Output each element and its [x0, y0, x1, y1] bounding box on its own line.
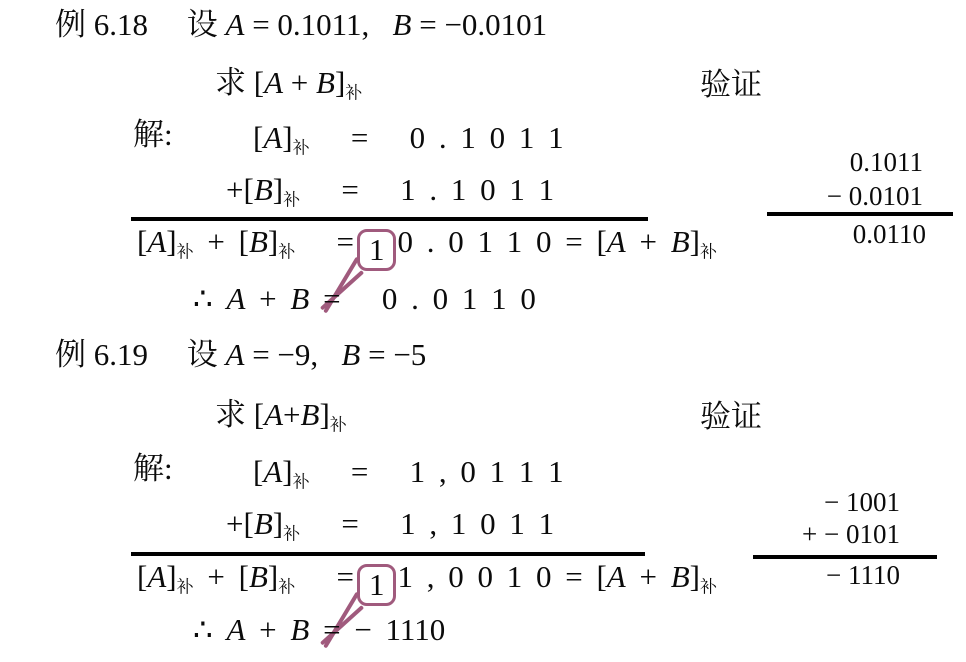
text-fragment: ]	[282, 454, 292, 489]
example-6-19-row-b-complement: +[B]补 = 1 , 1 0 1 1	[226, 505, 554, 553]
text-fragment: 例 6.18 设	[55, 7, 226, 42]
example-6-19-verify-addend1: − 1001	[824, 487, 900, 517]
text-fragment: +	[626, 559, 671, 594]
text-fragment: +	[245, 281, 290, 316]
text-fragment: ∴	[193, 612, 226, 647]
math-variable: B	[254, 172, 273, 207]
math-variable: B	[341, 337, 360, 372]
complement-subscript: 补	[283, 190, 300, 209]
example-6-19-verify-addend2: + − 0101	[802, 519, 900, 549]
text-fragment: [	[253, 120, 263, 155]
text-fragment: ]	[268, 559, 278, 594]
math-variable: B	[316, 65, 335, 100]
example-6-19-goal: 求 [A+B]补	[215, 396, 347, 444]
text-fragment: +	[245, 612, 290, 647]
text-fragment: 0 . 0 1 1 0 = [	[397, 224, 606, 259]
text-fragment: ]	[268, 224, 278, 259]
example-6-18-sum-row: [A]补 + [B]补 =10 . 0 1 1 0 = [A + B]补	[137, 223, 717, 271]
text-fragment: = −9,	[244, 337, 341, 372]
text-fragment: +[	[226, 506, 254, 541]
example-6-19-sum-row: [A]补 + [B]补 =11 , 0 0 1 0 = [A + B]补	[137, 558, 717, 606]
example-6-18-sum-rule	[131, 217, 648, 221]
text-fragment: ]	[273, 172, 283, 207]
complement-subscript: 补	[177, 577, 194, 596]
text-fragment: +	[283, 65, 316, 100]
math-variable: B	[254, 506, 273, 541]
text-fragment: ]	[166, 224, 176, 259]
math-variable: B	[301, 397, 320, 432]
text-fragment: 求 [	[215, 397, 264, 432]
example-6-19-sum-rule	[131, 552, 645, 556]
example-6-19-row-a-complement: [A]补 = 1 , 0 1 1 1	[253, 453, 564, 501]
text-fragment: + [	[194, 559, 249, 594]
example-6-19-solve-label: 解:	[133, 450, 173, 488]
text-fragment: = − 1110	[309, 612, 445, 647]
text-fragment: =	[295, 559, 354, 594]
text-fragment: = 0 . 1 0 1 1	[310, 120, 564, 155]
math-variable: A	[607, 224, 626, 259]
example-6-18-verify-minuend: 0.1011	[850, 147, 923, 177]
text-fragment: = −5	[360, 337, 426, 372]
example-6-19-verify-rule	[753, 555, 937, 559]
text-fragment: [	[137, 224, 147, 259]
text-fragment: [	[253, 454, 263, 489]
text-fragment: ]	[335, 65, 345, 100]
carry-bit-callout-box: 1	[357, 564, 397, 606]
complement-subscript: 补	[293, 472, 310, 491]
example-6-18-verify-result: 0.0110	[853, 219, 926, 249]
text-fragment: = 0 . 0 1 1 0	[309, 281, 535, 316]
math-variable: A	[263, 120, 282, 155]
math-variable: B	[393, 7, 412, 42]
text-fragment: 例 6.19 设	[55, 337, 226, 372]
example-6-18-row-b-complement: +[B]补 = 1 . 1 0 1 1	[226, 171, 554, 219]
example-6-19-result-row: ∴ A + B = − 1110	[193, 611, 445, 649]
example-6-19-verify-label: 验证	[700, 398, 762, 436]
math-variable: A	[264, 397, 283, 432]
math-variable: A	[263, 454, 282, 489]
example-6-18-solve-label: 解:	[133, 116, 173, 154]
text-fragment: = 1 , 0 1 1 1	[310, 454, 564, 489]
math-variable: B	[249, 224, 268, 259]
example-6-19-heading: 例 6.19 设 A = −9, B = −5	[55, 336, 426, 374]
example-6-18-goal: 求 [A + B]补	[215, 64, 362, 112]
text-fragment: 求 [	[215, 65, 264, 100]
math-variable: B	[249, 559, 268, 594]
math-variable: B	[290, 281, 309, 316]
math-variable: A	[226, 281, 245, 316]
complement-subscript: 补	[177, 242, 194, 261]
math-variable: B	[671, 559, 690, 594]
text-fragment: ]	[282, 120, 292, 155]
text-fragment: ]	[273, 506, 283, 541]
text-fragment: + [	[194, 224, 249, 259]
complement-subscript: 补	[700, 242, 717, 261]
text-fragment: ]	[166, 559, 176, 594]
math-variable: B	[290, 612, 309, 647]
text-fragment: +	[626, 224, 671, 259]
math-variable: A	[226, 7, 245, 42]
math-variable: B	[671, 224, 690, 259]
text-fragment: [	[137, 559, 147, 594]
text-fragment: 1 , 0 0 1 0 = [	[397, 559, 606, 594]
text-fragment: =	[295, 224, 354, 259]
math-variable: A	[147, 224, 166, 259]
math-variable: A	[264, 65, 283, 100]
slide-complement-addition: 例 6.18 设 A = 0.1011, B = −0.0101 求 [A + …	[0, 0, 966, 662]
text-fragment: ∴	[193, 281, 226, 316]
math-variable: A	[226, 612, 245, 647]
example-6-18-heading: 例 6.18 设 A = 0.1011, B = −0.0101	[55, 6, 547, 44]
text-fragment: = 0.1011,	[244, 7, 392, 42]
text-fragment: = −0.0101	[411, 7, 547, 42]
complement-subscript: 补	[293, 138, 310, 157]
example-6-18-row-a-complement: [A]补 = 0 . 1 0 1 1	[253, 119, 564, 167]
complement-subscript: 补	[345, 83, 362, 102]
complement-subscript: 补	[330, 415, 347, 434]
math-variable: A	[607, 559, 626, 594]
complement-subscript: 补	[278, 577, 295, 596]
text-fragment: ]	[690, 559, 700, 594]
complement-subscript: 补	[283, 524, 300, 543]
text-fragment: +	[283, 397, 300, 432]
example-6-19-verify-result: − 1110	[826, 560, 900, 590]
example-6-18-verify-rule	[767, 212, 953, 216]
text-fragment: ]	[319, 397, 329, 432]
example-6-18-verify-subtrahend: − 0.0101	[827, 181, 923, 211]
text-fragment: +[	[226, 172, 254, 207]
math-variable: A	[226, 337, 245, 372]
text-fragment: = 1 . 1 0 1 1	[300, 172, 554, 207]
carry-bit-callout-box: 1	[357, 229, 397, 271]
complement-subscript: 补	[700, 577, 717, 596]
example-6-18-verify-label: 验证	[700, 66, 762, 104]
math-variable: A	[147, 559, 166, 594]
text-fragment: ]	[690, 224, 700, 259]
example-6-18-result-row: ∴ A + B = 0 . 0 1 1 0	[193, 280, 536, 318]
complement-subscript: 补	[278, 242, 295, 261]
text-fragment: = 1 , 1 0 1 1	[300, 506, 554, 541]
